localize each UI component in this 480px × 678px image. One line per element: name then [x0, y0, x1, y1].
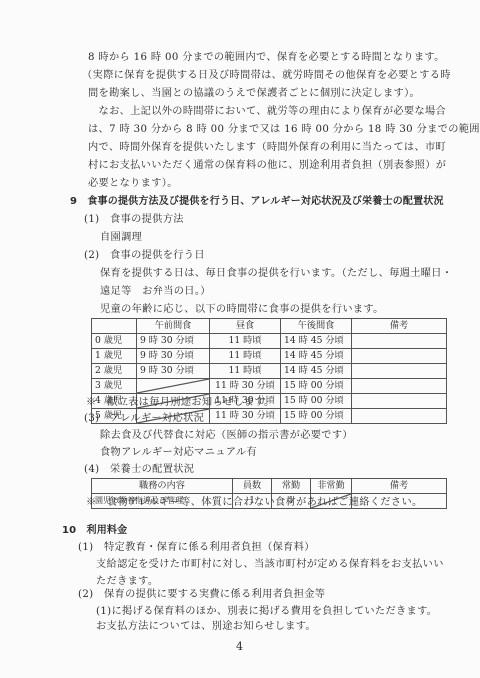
table-row: 1 歳児 9 時 30 分頃 11 時頃 14 時 45 分頃: [92, 349, 447, 364]
table-header-row: 午前間食 昼食 午後間食 備考: [92, 319, 447, 334]
table-cell: [352, 379, 447, 394]
s9-2-body: 遠足等 お弁当の日。）: [100, 286, 211, 298]
table-cell: 15 時 00 分頃: [281, 394, 352, 409]
s10-1-body: 支給認定を受けた市町村に対し、当該市町村が定める保育料をお支払いい: [96, 559, 444, 571]
table-cell: 11 時頃: [210, 364, 281, 379]
s9-3-title: (3) アレルギー対応状況: [84, 413, 204, 425]
table-row: 3 歳児 11 時 30 分頃 15 時 00 分頃: [92, 379, 447, 394]
table-header: 備考: [352, 319, 447, 334]
table-cell: 11 時 30 分頃: [210, 409, 281, 424]
table-header: 備考: [352, 479, 447, 494]
table-cell: 11 時頃: [210, 334, 281, 349]
table-cell: 1 歳児: [92, 349, 137, 364]
table-header: 午後間食: [281, 319, 352, 334]
intro-line: は、7 時 30 分から 8 時 00 分まで又は 16 時 00 分から 18…: [88, 124, 480, 136]
diagonal-slash-cell: [137, 379, 210, 394]
intro-line: 必要となります）。: [88, 178, 178, 190]
s9-2-body: 児童の年齢に応じ、以下の時間帯に食事の提供を行います。: [100, 304, 384, 316]
table-header: 員数: [233, 479, 272, 494]
table-cell: 9 時 30 分頃: [137, 364, 210, 379]
staff-note: ※ 食物アレルギー等、体質に合わない食材があればご連絡ください。: [86, 497, 423, 509]
s9-1-body: 自園調理: [100, 232, 142, 244]
table-cell: [352, 394, 447, 409]
s10-2-title: (2) 保育の提供に要する実費に係る利用者負担金等: [78, 589, 325, 601]
table-cell: 14 時 45 分頃: [281, 349, 352, 364]
s9-1-title: (1) 食事の提供方法: [84, 214, 184, 226]
table-row: 2 歳児 9 時 30 分頃 11 時頃 14 時 45 分頃: [92, 364, 447, 379]
table-header: [92, 319, 137, 334]
table-cell: [352, 409, 447, 424]
table-header: 非常勤: [311, 479, 352, 494]
s9-3-body: 食物アレルギー対応マニュアル有: [100, 447, 257, 459]
table-cell: [352, 364, 447, 379]
intro-line: （実際に保育を提供する日及び時間帯は、就労時間その他保育を必要とする時: [82, 70, 451, 82]
table-header: 常勤: [272, 479, 311, 494]
s10-2-body: お支払方法については、別途お知らせします。: [96, 621, 316, 633]
meal-note: ※ 献立表は毎月別途お知らせします。: [86, 397, 275, 409]
table-cell: 2 歳児: [92, 364, 137, 379]
page-number: 4: [236, 640, 243, 653]
table-cell: 15 時 00 分頃: [281, 409, 352, 424]
table-cell: 14 時 45 分頃: [281, 334, 352, 349]
table-cell: 14 時 45 分頃: [281, 364, 352, 379]
table-header: 職務の内容: [92, 479, 233, 494]
table-cell: 3 歳児: [92, 379, 137, 394]
s9-4-title: (4) 栄養士の配置状況: [84, 464, 194, 476]
s10-1-title: (1) 特定教育・保育に係る利用者負担（保育料）: [78, 542, 315, 554]
table-cell: 9 時 30 分頃: [137, 334, 210, 349]
intro-line: 村にお支払いいただく通常の保育料の他に、別途利用者負担（別表参照）が: [88, 160, 446, 172]
section10-heading: 10 利用料金: [62, 525, 127, 537]
s9-3-body: 除去食及び代替食に対応（医師の指示書が必要です）: [100, 430, 353, 442]
table-cell: 0 歳児: [92, 334, 137, 349]
section9-heading: 9 食事の提供方法及び提供を行う日、アレルギー対応状況及び栄養士の配置状況: [70, 196, 444, 208]
table-cell: [352, 349, 447, 364]
table-row: 0 歳児 9 時 30 分頃 11 時頃 14 時 45 分頃: [92, 334, 447, 349]
table-cell: [352, 334, 447, 349]
table-cell: 15 時 00 分頃: [281, 379, 352, 394]
s10-2-body: (1)に掲げる保育料のほか、別表に掲げる費用を負担していただきます。: [96, 606, 437, 618]
intro-line: なお、上記以外の時間帯において、就労等の理由により保育が必要な場合: [88, 106, 446, 118]
s9-2-body: 保育を提供する日は、毎日食事の提供を行います。（ただし、毎週土曜日・: [100, 268, 452, 280]
table-cell: 9 時 30 分頃: [137, 349, 210, 364]
intro-line: 間を勘案し、当園との協議のうえで保護者ごとに個別に決定します）。: [88, 88, 420, 100]
table-header: 午前間食: [137, 319, 210, 334]
table-header: 昼食: [210, 319, 281, 334]
s10-1-body: ただきます。: [96, 576, 158, 588]
s9-2-title: (2) 食事の提供を行う日: [84, 250, 205, 262]
table-cell: 11 時頃: [210, 349, 281, 364]
intro-line: 内で、時間外保育を提供いたします（時間外保育の利用に当たっては、市町: [88, 142, 446, 154]
table-header-row: 職務の内容 員数 常勤 非常勤 備考: [92, 479, 447, 494]
intro-line: 8 時から 16 時 00 分までの範囲内で、保育を必要とする時間となります。: [88, 52, 445, 64]
table-cell: 11 時 30 分頃: [210, 379, 281, 394]
